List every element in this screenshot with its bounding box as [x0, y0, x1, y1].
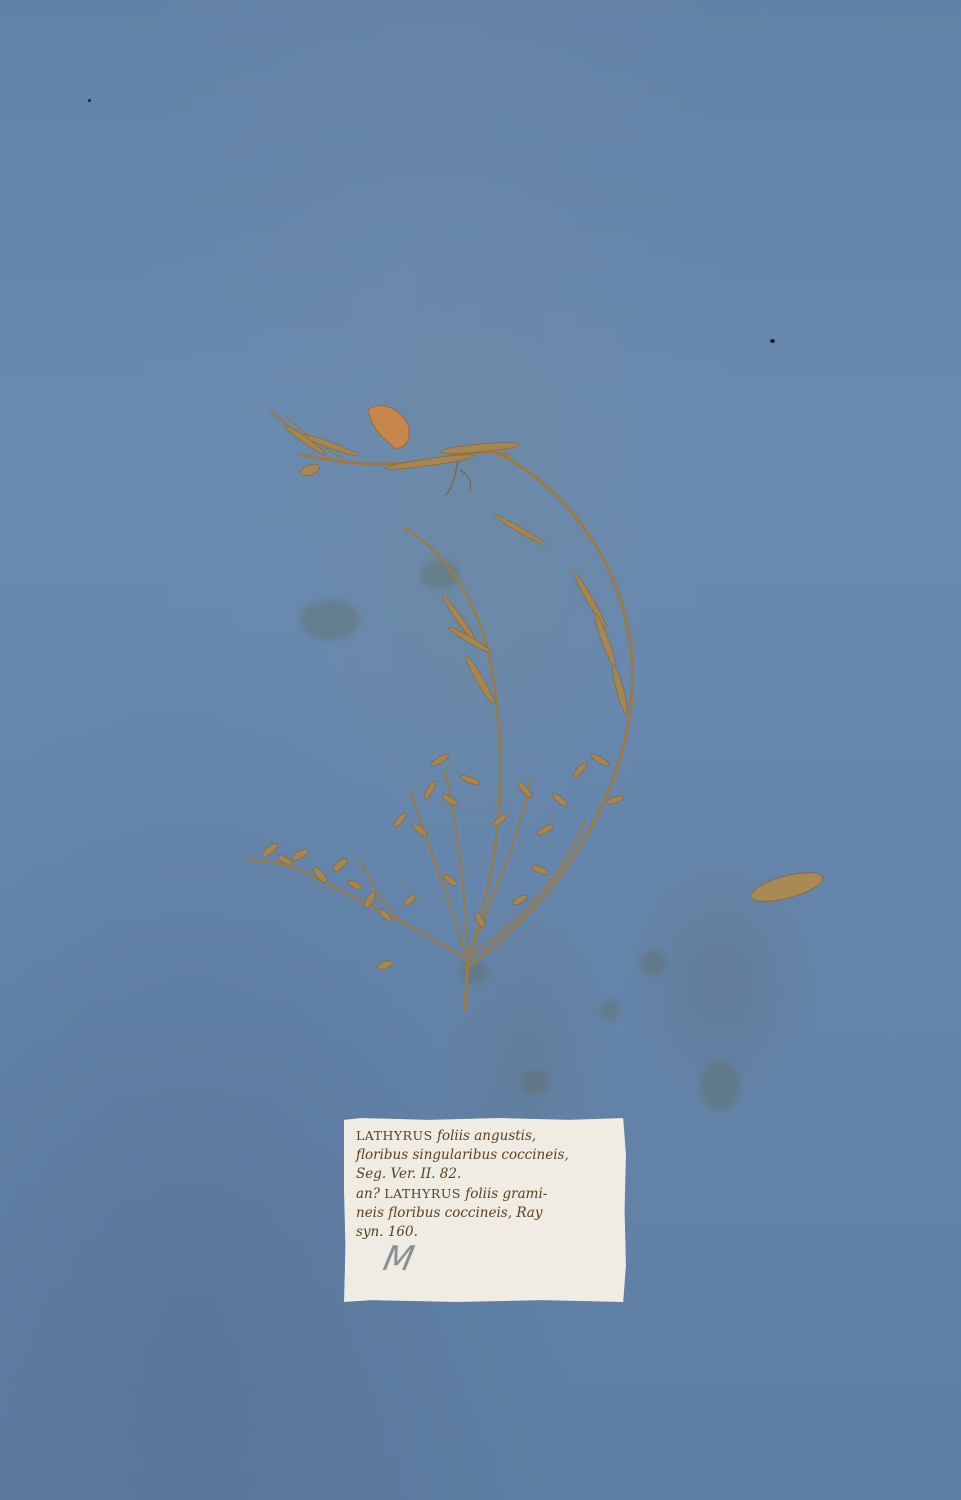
label-line-2: floribus singularibus coccineis, — [356, 1146, 616, 1165]
pencil-mark: M — [382, 1250, 415, 1269]
specimen-label: LATHYRUS foliis angustis, floribus singu… — [344, 1118, 626, 1302]
label-line-4: an? LATHYRUS foliis grami- — [356, 1184, 616, 1204]
loose-leaf — [748, 867, 825, 907]
label-line-1: LATHYRUS foliis angustis, — [356, 1126, 616, 1146]
flower-petal — [368, 406, 409, 449]
label-line-5: neis floribus coccineis, Ray — [356, 1204, 616, 1223]
label-line-3: Seg. Ver. II. 82. — [356, 1165, 616, 1184]
